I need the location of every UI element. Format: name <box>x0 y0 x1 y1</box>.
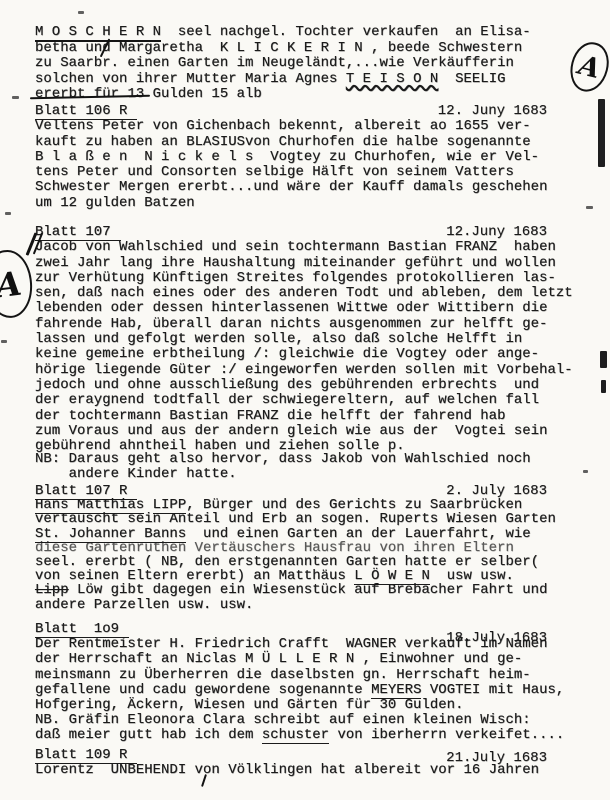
entry-date: 21.July 1683 <box>446 751 547 766</box>
document-line: andere Kinder hatte. <box>35 467 587 482</box>
document-line: der tochtermann Bastian FRANZ die helfft… <box>35 409 587 424</box>
document-line: um 12 gulden Batzen <box>35 196 587 211</box>
document-line: B l a ß e n N i c k e l s Vogtey zu Chur… <box>35 150 587 165</box>
document-line: Hofgering, Äckern, Wiesen und Gärten für… <box>35 698 587 713</box>
document-line: zur Verhütung Künftigen Streites folgend… <box>35 271 587 286</box>
scan-artifact <box>601 380 606 393</box>
document-line: Lipp Löw gibt dagegen ein Wiesenstück au… <box>35 583 587 597</box>
entry-date: 18.July 1683 <box>446 631 547 646</box>
document-line: der eraygnend todtfall der schwiegerelte… <box>35 393 587 408</box>
entry-blatt-107: Blatt 107 12.Juny 1683 Jacob von Wahlsch… <box>35 225 587 454</box>
document-line: solchen von ihrer Mutter Maria Agnes T E… <box>35 72 587 88</box>
document-line: diese Gartenruthen Vertäuschers Hausfrau… <box>35 541 587 555</box>
document-line: zwei Jahr lang ihre Haushaltung miteinan… <box>35 256 587 271</box>
circled-letter-annotation: A <box>0 247 36 320</box>
document-line: zum Voraus und aus der andern gleich wie… <box>35 424 587 439</box>
entry-date: 12.Juny 1683 <box>446 225 547 240</box>
document-line: gefallene und cadu gewordene sogenannte … <box>35 683 587 698</box>
document-line: zu Saarbr. einen Garten im Neugeländt,..… <box>35 56 587 72</box>
document-line: NB: Daraus geht also hervor, dass Jakob … <box>35 452 587 467</box>
scan-speck <box>5 212 11 215</box>
document-line: meinsmann zu Überherren die daselbsten g… <box>35 668 587 683</box>
document-line: hörige liegende Güter :/ eingeworfen wer… <box>35 363 587 378</box>
entry-nb-note: NB: Daraus geht also hervor, dass Jakob … <box>35 452 587 483</box>
document-line: Schwester Mergen ererbt...und wäre der K… <box>35 180 587 195</box>
annotation-letter: A <box>0 263 24 305</box>
entry-date: 2. July 1683 <box>446 484 547 498</box>
entry-blatt-106r: Blatt 106 R 12. Juny 1683 Veltens Peter … <box>35 104 587 211</box>
scanned-document-page: M O S C H E R N seel nachgel. Tochter ve… <box>0 0 610 800</box>
scan-speck <box>586 206 593 209</box>
document-line: M O S C H E R N seel nachgel. Tochter ve… <box>35 25 587 41</box>
entry-blatt-109: Blatt 1o9 18.July 1683 Der Rentmeister H… <box>35 622 587 744</box>
document-line: fahrende Hab, überall daran nichts ausge… <box>35 317 587 332</box>
document-line: lebenden oder dessen hinterlassenen Witt… <box>35 301 587 316</box>
document-line: Jacob von Wahlschied und sein tochterman… <box>35 240 587 255</box>
scan-speck <box>1 340 7 343</box>
document-line: vertauscht sein Anteil und Erb an sogen.… <box>35 512 587 526</box>
document-line: andere Parzellen usw. usw. <box>35 598 587 612</box>
scan-artifact <box>598 99 605 167</box>
scan-speck <box>583 470 588 473</box>
entry-blatt-107r: Blatt 107 R 2. July 1683 Hans Matthias L… <box>35 484 587 612</box>
document-line: kauft zu haben an BLASIUSvon Churhofen d… <box>35 135 587 150</box>
annotation-letter: A <box>576 49 604 84</box>
document-line: der Herrschaft an Niclas M Ü L L E R N ,… <box>35 652 587 667</box>
document-line: St. Johanner Banns und einen Garten an d… <box>35 527 587 541</box>
document-line: Veltens Peter von Gichenbach bekennt, al… <box>35 119 587 134</box>
document-line: betha und Margaretha K L I C K E R I N ,… <box>35 41 587 57</box>
entry-moschern: M O S C H E R N seel nachgel. Tochter ve… <box>35 25 587 103</box>
scan-speck <box>78 11 84 14</box>
scan-artifact <box>600 351 607 368</box>
entry-date: 12. Juny 1683 <box>438 104 547 119</box>
scan-speck <box>12 96 19 99</box>
entry-blatt-109r: Blatt 109 R 21.July 1683 Lorentz UNBEHEN… <box>35 748 587 779</box>
document-line: daß meier gutt hab ich dem schuster von … <box>35 728 587 743</box>
document-line: jedoch und ohne ausschließung des gebühr… <box>35 378 587 393</box>
document-line: keine gemeine erbtheilung /: gleichwie d… <box>35 347 587 362</box>
